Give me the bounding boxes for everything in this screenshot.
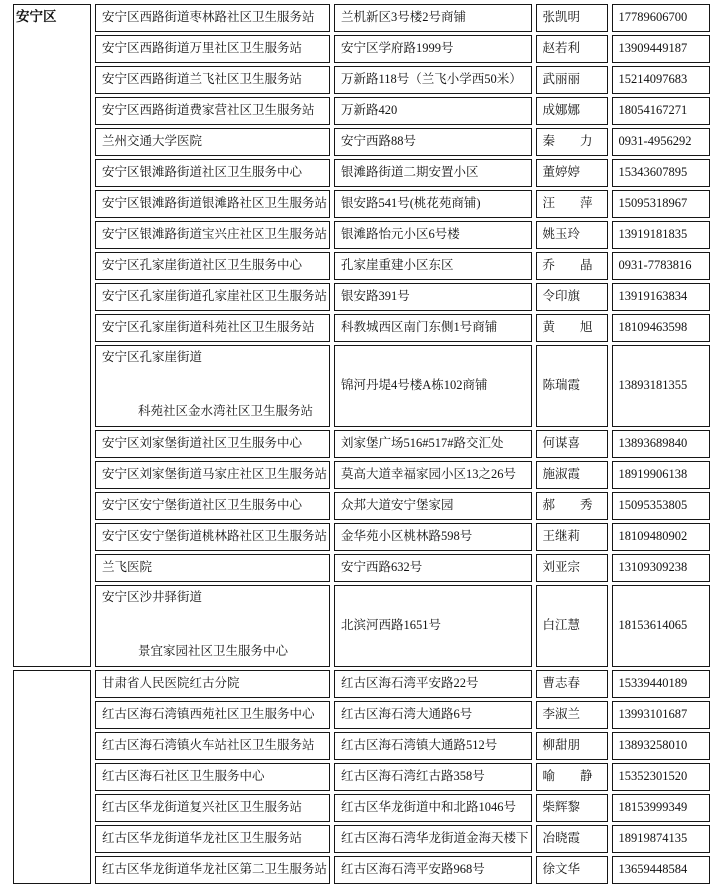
institution-cell: 安宁区西路街道费家营社区卫生服务站 bbox=[95, 97, 330, 125]
institution-line-2: 景宜家园社区卫生服务中心 bbox=[102, 645, 327, 659]
table-row: 安宁区刘家堡街道马家庄社区卫生服务站 莫高大道幸福家园小区13之26号 施淑霞 … bbox=[13, 461, 710, 489]
institution-cell: 兰州交通大学医院 bbox=[95, 128, 330, 156]
address-cell: 银滩路怡元小区6号楼 bbox=[334, 221, 532, 249]
phone-cell: 13109309238 bbox=[612, 554, 710, 582]
institution-cell: 安宁区安宁堡街道桃林路社区卫生服务站 bbox=[95, 523, 330, 551]
address-cell: 安宁西路88号 bbox=[334, 128, 532, 156]
institution-cell: 红古区华龙街道复兴社区卫生服务站 bbox=[95, 794, 330, 822]
contact-cell: 张凯明 bbox=[536, 4, 608, 32]
table-row: 红古区华龙街道复兴社区卫生服务站 红古区华龙街道中和北路1046号 柴辉黎 18… bbox=[13, 794, 710, 822]
address-cell: 众邦大道安宁堡家园 bbox=[334, 492, 532, 520]
institution-cell: 安宁区刘家堡街道社区卫生服务中心 bbox=[95, 430, 330, 458]
phone-cell: 18919874135 bbox=[612, 825, 710, 853]
contact-cell: 姚玉玲 bbox=[536, 221, 608, 249]
phone-cell: 15352301520 bbox=[612, 763, 710, 791]
address-cell: 红古区海石湾红古路358号 bbox=[334, 763, 532, 791]
table-row: 安宁区西路街道费家营社区卫生服务站 万新路420 成娜娜 18054167271 bbox=[13, 97, 710, 125]
institution-cell: 安宁区孔家崖街道科苑社区卫生服务站 bbox=[95, 314, 330, 342]
contact-cell: 白江慧 bbox=[536, 585, 608, 667]
table-row: 安宁区孔家崖街道社区卫生服务中心 孔家崖重建小区东区 乔 晶 0931-7783… bbox=[13, 252, 710, 280]
institution-cell: 红古区海石社区卫生服务中心 bbox=[95, 763, 330, 791]
phone-cell: 15214097683 bbox=[612, 66, 710, 94]
institution-cell: 安宁区银滩路街道社区卫生服务中心 bbox=[95, 159, 330, 187]
contact-cell: 郝 秀 bbox=[536, 492, 608, 520]
phone-cell: 13893258010 bbox=[612, 732, 710, 760]
phone-cell: 13919163834 bbox=[612, 283, 710, 311]
phone-cell: 18153999349 bbox=[612, 794, 710, 822]
address-cell: 安宁区学府路1999号 bbox=[334, 35, 532, 63]
phone-cell: 17789606700 bbox=[612, 4, 710, 32]
institution-cell: 安宁区西路街道万里社区卫生服务站 bbox=[95, 35, 330, 63]
contact-cell: 施淑霞 bbox=[536, 461, 608, 489]
address-cell: 万新路118号（兰飞小学西50米） bbox=[334, 66, 532, 94]
phone-cell: 15095318967 bbox=[612, 190, 710, 218]
address-cell: 金华苑小区桃林路598号 bbox=[334, 523, 532, 551]
district-cell: 安宁区 bbox=[13, 4, 91, 667]
table-row: 兰州交通大学医院 安宁西路88号 秦 力 0931-4956292 bbox=[13, 128, 710, 156]
table-row: 安宁区刘家堡街道社区卫生服务中心 刘家堡广场516#517#路交汇处 何谋喜 1… bbox=[13, 430, 710, 458]
institution-cell: 安宁区银滩路街道银滩路社区卫生服务站 bbox=[95, 190, 330, 218]
institution-line-1: 安宁区沙井驿街道 bbox=[102, 591, 327, 605]
contact-cell: 赵若利 bbox=[536, 35, 608, 63]
contact-cell: 汪 萍 bbox=[536, 190, 608, 218]
table-row: 兰飞医院 安宁西路632号 刘亚宗 13109309238 bbox=[13, 554, 710, 582]
contact-cell: 武丽丽 bbox=[536, 66, 608, 94]
institution-cell: 安宁区安宁堡街道社区卫生服务中心 bbox=[95, 492, 330, 520]
institution-line-1: 安宁区孔家崖街道 bbox=[102, 351, 327, 365]
phone-cell: 18109463598 bbox=[612, 314, 710, 342]
contact-cell: 陈瑞霞 bbox=[536, 345, 608, 427]
phone-cell: 13893181355 bbox=[612, 345, 710, 427]
table-row: 红古区海石湾镇火车站社区卫生服务站 红古区海石湾镇大通路512号 柳甜朋 138… bbox=[13, 732, 710, 760]
table-row: 红古区海石湾镇西苑社区卫生服务中心 红古区海石湾大通路6号 李淑兰 139931… bbox=[13, 701, 710, 729]
table-row: 甘肃省人民医院红古分院 红古区海石湾平安路22号 曹志春 15339440189 bbox=[13, 670, 710, 698]
contact-cell: 乔 晶 bbox=[536, 252, 608, 280]
institution-cell: 安宁区西路街道枣林路社区卫生服务站 bbox=[95, 4, 330, 32]
health-stations-table: 安宁区 安宁区西路街道枣林路社区卫生服务站 兰机新区3号楼2号商铺 张凯明 17… bbox=[9, 1, 714, 887]
address-cell: 红古区海石湾大通路6号 bbox=[334, 701, 532, 729]
address-cell: 红古区海石湾平安路968号 bbox=[334, 856, 532, 884]
phone-cell: 0931-7783816 bbox=[612, 252, 710, 280]
address-cell: 银滩路街道二期安置小区 bbox=[334, 159, 532, 187]
address-cell: 刘家堡广场516#517#路交汇处 bbox=[334, 430, 532, 458]
table-row: 红古区华龙街道华龙社区卫生服务站 红古区海石湾华龙街道金海天楼下 冶晓霞 189… bbox=[13, 825, 710, 853]
table-row: 红古区海石社区卫生服务中心 红古区海石湾红古路358号 喻 静 15352301… bbox=[13, 763, 710, 791]
table-row: 红古区华龙街道华龙社区第二卫生服务站 红古区海石湾平安路968号 徐文华 136… bbox=[13, 856, 710, 884]
address-cell: 安宁西路632号 bbox=[334, 554, 532, 582]
contact-cell: 王继莉 bbox=[536, 523, 608, 551]
address-cell: 北滨河西路1651号 bbox=[334, 585, 532, 667]
phone-cell: 13919181835 bbox=[612, 221, 710, 249]
contact-cell: 董婷婷 bbox=[536, 159, 608, 187]
phone-cell: 13659448584 bbox=[612, 856, 710, 884]
contact-cell: 成娜娜 bbox=[536, 97, 608, 125]
institution-cell: 安宁区银滩路街道宝兴庄社区卫生服务站 bbox=[95, 221, 330, 249]
table-row: 安宁区西路街道万里社区卫生服务站 安宁区学府路1999号 赵若利 1390944… bbox=[13, 35, 710, 63]
contact-cell: 柴辉黎 bbox=[536, 794, 608, 822]
address-cell: 银安路541号(桃花苑商铺) bbox=[334, 190, 532, 218]
address-cell: 兰机新区3号楼2号商铺 bbox=[334, 4, 532, 32]
institution-cell: 安宁区西路街道兰飞社区卫生服务站 bbox=[95, 66, 330, 94]
institution-cell: 红古区华龙街道华龙社区卫生服务站 bbox=[95, 825, 330, 853]
address-cell: 万新路420 bbox=[334, 97, 532, 125]
phone-cell: 13909449187 bbox=[612, 35, 710, 63]
institution-cell: 红古区海石湾镇西苑社区卫生服务中心 bbox=[95, 701, 330, 729]
contact-cell: 曹志春 bbox=[536, 670, 608, 698]
table-row: 安宁区沙井驿街道 景宜家园社区卫生服务中心 北滨河西路1651号 白江慧 181… bbox=[13, 585, 710, 667]
institution-line-2: 科苑社区金水湾社区卫生服务站 bbox=[102, 405, 327, 419]
address-cell: 科教城西区南门东侧1号商铺 bbox=[334, 314, 532, 342]
table-row: 安宁区孔家崖街道孔家崖社区卫生服务站 银安路391号 令印旗 139191638… bbox=[13, 283, 710, 311]
contact-cell: 刘亚宗 bbox=[536, 554, 608, 582]
table-row: 安宁区西路街道兰飞社区卫生服务站 万新路118号（兰飞小学西50米） 武丽丽 1… bbox=[13, 66, 710, 94]
address-cell: 锦河丹堤4号楼A栋102商铺 bbox=[334, 345, 532, 427]
institution-cell: 安宁区孔家崖街道孔家崖社区卫生服务站 bbox=[95, 283, 330, 311]
address-cell: 银安路391号 bbox=[334, 283, 532, 311]
contact-cell: 冶晓霞 bbox=[536, 825, 608, 853]
institution-cell: 安宁区沙井驿街道 景宜家园社区卫生服务中心 bbox=[95, 585, 330, 667]
phone-cell: 18153614065 bbox=[612, 585, 710, 667]
district-cell bbox=[13, 670, 91, 884]
institution-cell: 红古区华龙街道华龙社区第二卫生服务站 bbox=[95, 856, 330, 884]
address-cell: 红古区海石湾华龙街道金海天楼下 bbox=[334, 825, 532, 853]
address-cell: 红古区华龙街道中和北路1046号 bbox=[334, 794, 532, 822]
table-row: 安宁区安宁堡街道桃林路社区卫生服务站 金华苑小区桃林路598号 王继莉 1810… bbox=[13, 523, 710, 551]
address-cell: 莫高大道幸福家园小区13之26号 bbox=[334, 461, 532, 489]
contact-cell: 李淑兰 bbox=[536, 701, 608, 729]
address-cell: 孔家崖重建小区东区 bbox=[334, 252, 532, 280]
table-row: 安宁区银滩路街道宝兴庄社区卫生服务站 银滩路怡元小区6号楼 姚玉玲 139191… bbox=[13, 221, 710, 249]
phone-cell: 18919906138 bbox=[612, 461, 710, 489]
contact-cell: 徐文华 bbox=[536, 856, 608, 884]
phone-cell: 18109480902 bbox=[612, 523, 710, 551]
table-row: 安宁区孔家崖街道 科苑社区金水湾社区卫生服务站 锦河丹堤4号楼A栋102商铺 陈… bbox=[13, 345, 710, 427]
phone-cell: 13993101687 bbox=[612, 701, 710, 729]
phone-cell: 0931-4956292 bbox=[612, 128, 710, 156]
table-row: 安宁区银滩路街道银滩路社区卫生服务站 银安路541号(桃花苑商铺) 汪 萍 15… bbox=[13, 190, 710, 218]
table-row: 安宁区安宁堡街道社区卫生服务中心 众邦大道安宁堡家园 郝 秀 150953538… bbox=[13, 492, 710, 520]
contact-cell: 喻 静 bbox=[536, 763, 608, 791]
contact-cell: 秦 力 bbox=[536, 128, 608, 156]
phone-cell: 13893689840 bbox=[612, 430, 710, 458]
phone-cell: 15095353805 bbox=[612, 492, 710, 520]
institution-cell: 红古区海石湾镇火车站社区卫生服务站 bbox=[95, 732, 330, 760]
contact-cell: 令印旗 bbox=[536, 283, 608, 311]
contact-cell: 何谋喜 bbox=[536, 430, 608, 458]
institution-cell: 安宁区孔家崖街道社区卫生服务中心 bbox=[95, 252, 330, 280]
phone-cell: 15343607895 bbox=[612, 159, 710, 187]
phone-cell: 15339440189 bbox=[612, 670, 710, 698]
institution-cell: 安宁区刘家堡街道马家庄社区卫生服务站 bbox=[95, 461, 330, 489]
table-row: 安宁区银滩路街道社区卫生服务中心 银滩路街道二期安置小区 董婷婷 1534360… bbox=[13, 159, 710, 187]
contact-cell: 柳甜朋 bbox=[536, 732, 608, 760]
table-row: 安宁区孔家崖街道科苑社区卫生服务站 科教城西区南门东侧1号商铺 黄 旭 1810… bbox=[13, 314, 710, 342]
address-cell: 红古区海石湾镇大通路512号 bbox=[334, 732, 532, 760]
address-cell: 红古区海石湾平安路22号 bbox=[334, 670, 532, 698]
contact-cell: 黄 旭 bbox=[536, 314, 608, 342]
institution-cell: 安宁区孔家崖街道 科苑社区金水湾社区卫生服务站 bbox=[95, 345, 330, 427]
phone-cell: 18054167271 bbox=[612, 97, 710, 125]
table-row: 安宁区 安宁区西路街道枣林路社区卫生服务站 兰机新区3号楼2号商铺 张凯明 17… bbox=[13, 4, 710, 32]
institution-cell: 甘肃省人民医院红古分院 bbox=[95, 670, 330, 698]
institution-cell: 兰飞医院 bbox=[95, 554, 330, 582]
